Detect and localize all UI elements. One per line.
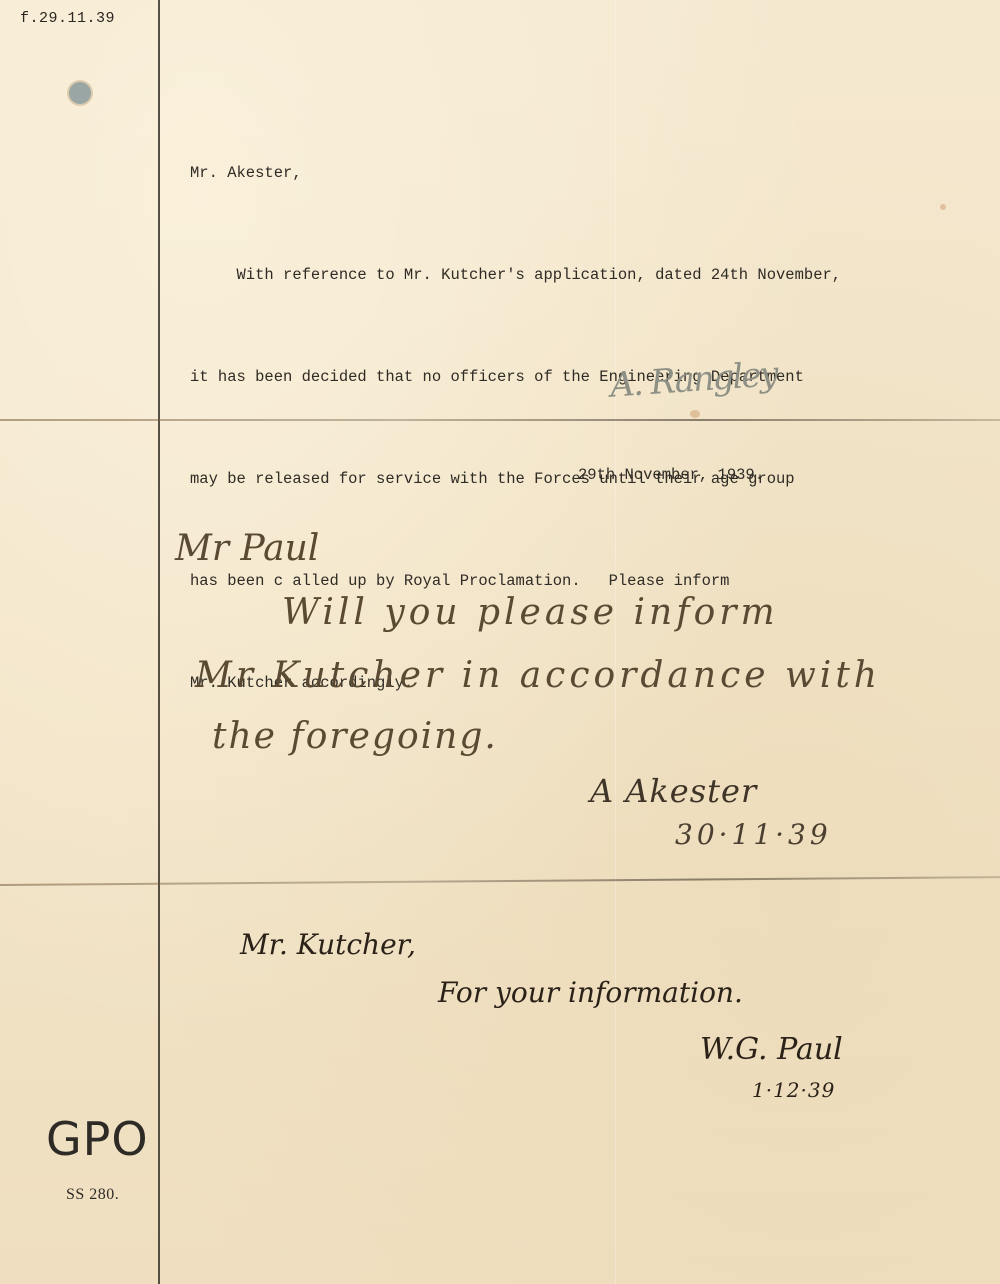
punch-hole <box>69 82 91 104</box>
note2-salutation: Mr. Kutcher, <box>240 928 416 961</box>
memo-salutation: Mr. Akester, <box>190 156 302 190</box>
note1-line: Will you please inform <box>282 592 779 633</box>
note1-line: Mr Kutcher in accordance with <box>195 655 881 696</box>
note1-signature: A Akester <box>590 772 757 810</box>
note1-line: Mr Paul <box>175 528 319 569</box>
rust-stain <box>940 204 946 210</box>
scanned-letter: f.29.11.39 Mr. Akester, With reference t… <box>0 0 1000 1284</box>
memo-line: With reference to Mr. Kutcher's applicat… <box>190 258 841 292</box>
note2-signature: W.G. Paul <box>700 1032 843 1067</box>
memo-date: 29th November, 1939. <box>578 466 764 484</box>
note2-date: 1·12·39 <box>752 1078 835 1102</box>
note2-body: For your information. <box>438 976 743 1009</box>
gpo-logo: GPO <box>46 1112 149 1166</box>
note1-line: the foregoing. <box>212 716 498 757</box>
file-reference: f.29.11.39 <box>20 10 115 27</box>
margin-rule <box>158 0 160 1284</box>
fold-line-lower <box>0 876 1000 886</box>
form-number: SS 280. <box>66 1186 119 1204</box>
note1-date: 30·11·39 <box>675 818 832 851</box>
